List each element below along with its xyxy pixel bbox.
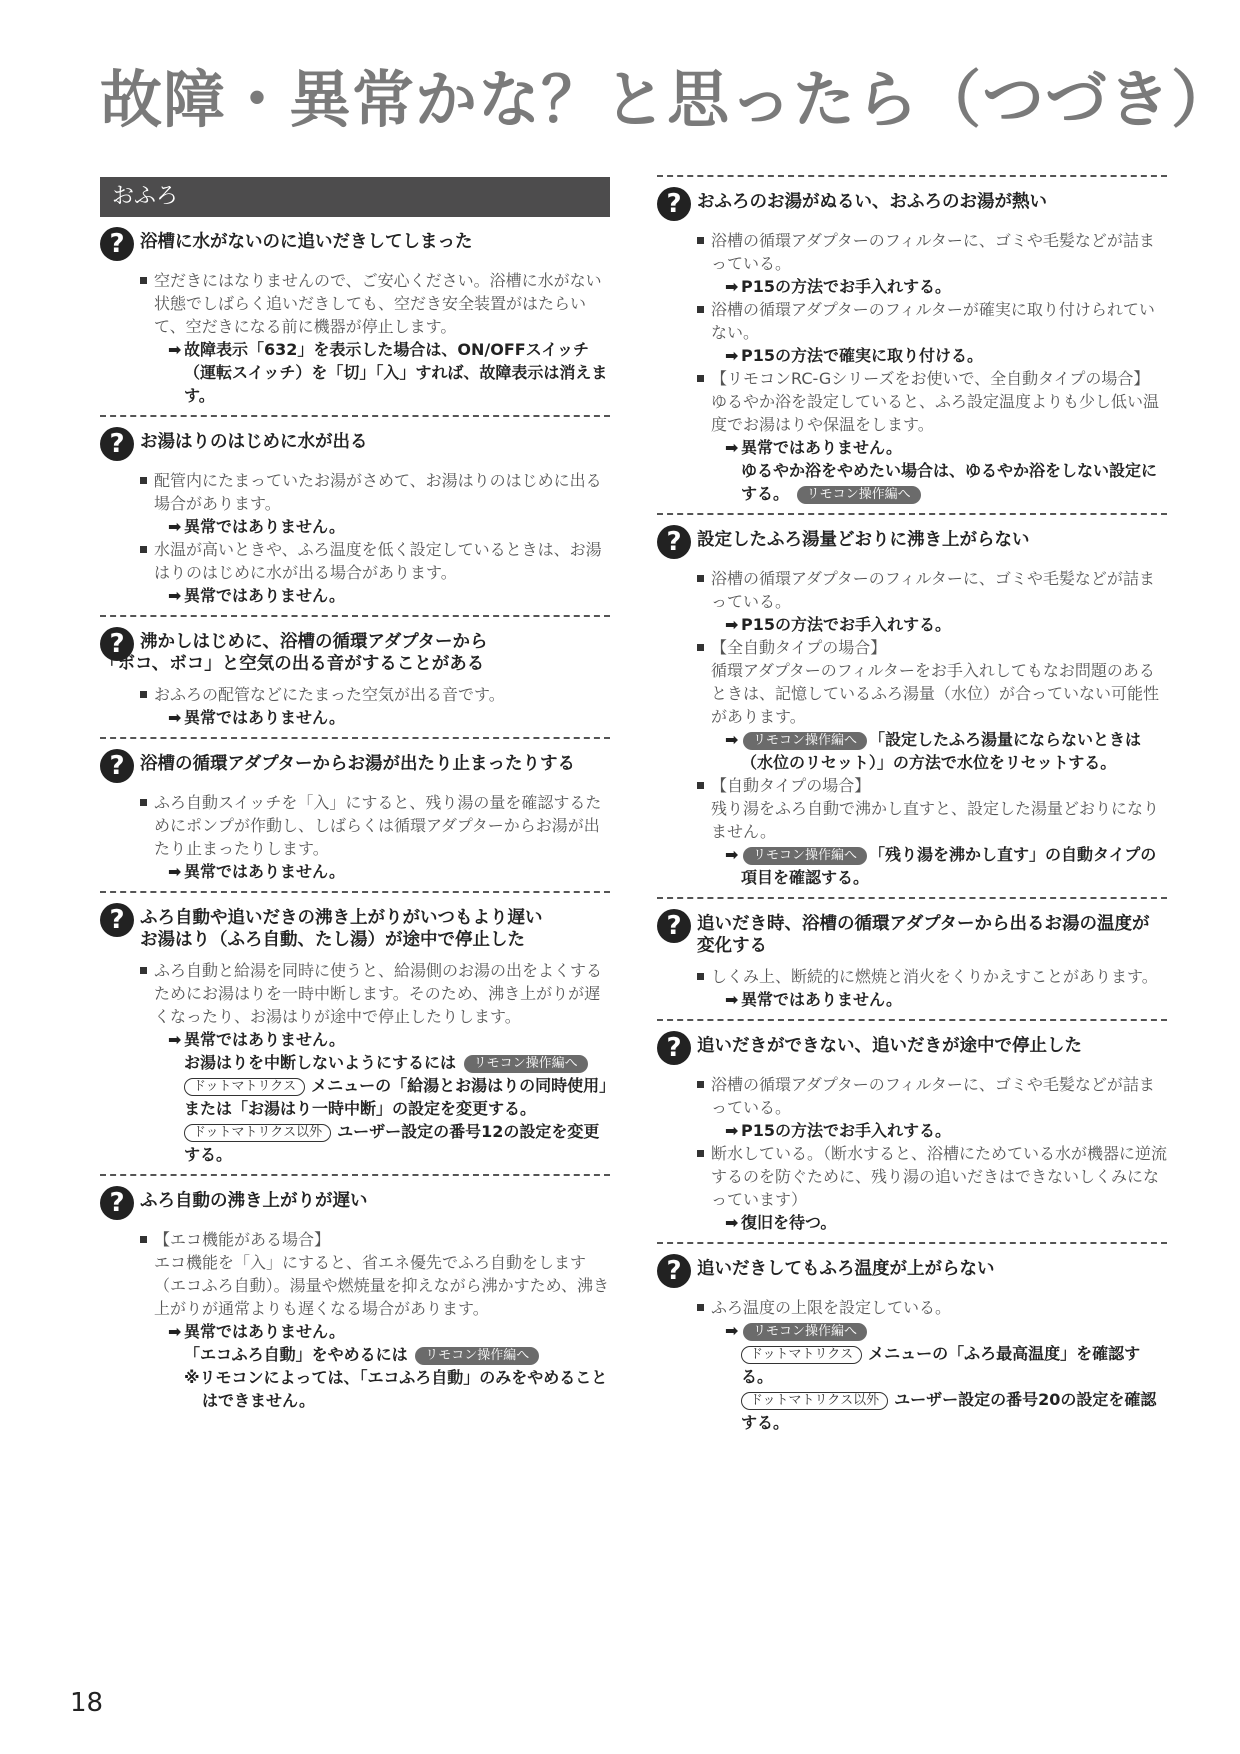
faq-item: ? ふろ自動や追いだきの沸き上がりがいつもより遅いお湯はり（ふろ自動、たし湯）が… [100,893,610,1174]
faq-solution: ➡復旧を待つ。 [711,1211,1167,1234]
remocon-link-badge[interactable]: リモコン操作編へ [415,1347,539,1365]
arrow-icon: ➡ [725,988,741,1011]
solution-text: 異常ではありません。 [741,438,902,457]
faq-cause: 浴槽の循環アダプターのフィルターに、ゴミや毛髪などが詰まっている。 [697,567,1167,613]
question-icon: ? [657,909,691,943]
question-icon: ? [657,187,691,221]
faq-question: 追いだきができない、追いだきが途中で停止した [697,1031,1082,1057]
dot-matrix-badge: ドットマトリクス [184,1078,305,1096]
faq-cause: おふろの配管などにたまった空気が出る音です。 [140,683,610,706]
arrow-icon: ➡ [168,338,184,361]
faq-item: ? 設定したふろ湯量どおりに沸き上がらない 浴槽の循環アダプターのフィルターに、… [657,515,1167,897]
arrow-icon: ➡ [725,843,741,866]
question-icon: ? [100,427,134,461]
faq-item: ? 浴槽の循環アダプターからお湯が出たり止まったりする ふろ自動スイッチを「入」… [100,739,610,891]
faq-solution: ➡異常ではありません。 [154,860,610,883]
solution-text: P15の方法で確実に取り付ける。 [741,346,983,365]
faq-instruction: ドットマトリクスメニューの「給湯とお湯はりの同時使用」または「お湯はり一時中断」… [154,1074,610,1120]
question-line: 「ボコ、ボコ」と空気の出る音がすることがある [100,654,484,674]
dot-matrix-badge: ドットマトリクス [741,1346,862,1364]
solution-text: 故障表示「632」を表示した場合は、ON/OFFスイッチ（運転スイッチ）を「切」… [184,340,607,405]
cause-text: 循環アダプターのフィルターをお手入れしてもなお問題のあるときは、記憶しているふろ… [711,661,1159,726]
arrow-icon: ➡ [168,515,184,538]
cause-text: 残り湯をふろ自動で沸かし直すと、設定した湯量どおりになりません。 [711,799,1159,841]
question-line: お湯はり（ふろ自動、たし湯）が途中で停止した [140,930,525,950]
faq-solution: ➡P15の方法でお手入れする。 [711,1119,1167,1142]
faq-note: ※リモコンによっては、「エコふろ自動」のみをやめることはできません。 [154,1366,610,1412]
faq-solution: ➡異常ではありません。 [154,584,610,607]
non-dot-matrix-badge: ドットマトリクス以外 [741,1392,888,1410]
faq-solution: ➡異常ではありません。 [154,1028,610,1051]
solution-text: 異常ではありません。 [184,862,345,881]
solution-text: P15の方法でお手入れする。 [741,1121,951,1140]
faq-solution: ➡異常ではありません。 [711,988,1167,1011]
faq-cause: ふろ温度の上限を設定している。 [697,1296,1167,1319]
faq-item: ? 追いだきができない、追いだきが途中で停止した 浴槽の循環アダプターのフィルタ… [657,1021,1167,1242]
faq-cause: ゆるやか浴を設定していると、ふろ設定温度よりも少し低い温度でお湯はりや保温をしま… [697,390,1167,436]
solution-text: 復旧を待つ。 [741,1213,836,1232]
arrow-icon: ➡ [725,1119,741,1142]
faq-cause: しくみ上、断続的に燃焼と消火をくりかえすことがあります。 [697,965,1167,988]
question-icon: ? [100,903,134,937]
faq-cause: 浴槽の循環アダプターのフィルターが確実に取り付けられていない。 [697,298,1167,344]
faq-solution: ➡P15の方法で確実に取り付ける。 [711,344,1167,367]
arrow-icon: ➡ [725,1319,741,1342]
faq-item: ? 浴槽に水がないのに追いだきしてしまった 空だきにはなりませんので、ご安心くだ… [100,217,610,415]
remocon-link-badge[interactable]: リモコン操作編へ [743,847,867,865]
faq-cause: 水温が高いときや、ふろ温度を低く設定しているときは、お湯はりのはじめに水が出る場… [140,538,610,584]
solution-text: P15の方法でお手入れする。 [741,277,951,296]
faq-cause: 空だきにはなりませんので、ご安心ください。浴槽に水がない状態でしばらく追いだきし… [140,269,610,338]
faq-solution: ➡リモコン操作編へ「設定したふろ湯量にならないときは（水位のリセット）」の方法で… [711,728,1167,774]
faq-instruction: ドットマトリクス以外ユーザー設定の番号12の設定を変更する。 [154,1120,610,1166]
arrow-icon: ➡ [168,860,184,883]
question-icon: ? [657,525,691,559]
faq-question: 追いだき時、浴槽の循環アダプターから出るお湯の温度が変化する [697,909,1167,957]
remocon-link-badge[interactable]: リモコン操作編へ [743,732,867,750]
faq-question: 追いだきしてもふろ温度が上がらない [697,1254,995,1280]
arrow-icon: ➡ [725,344,741,367]
right-column: ? おふろのお湯がぬるい、おふろのお湯が熱い 浴槽の循環アダプターのフィルターに… [657,175,1167,1442]
faq-instruction: ドットマトリクス以外ユーザー設定の番号20の設定を確認する。 [711,1388,1167,1434]
faq-cause: 浴槽の循環アダプターのフィルターに、ゴミや毛髪などが詰まっている。 [697,1073,1167,1119]
faq-question: 沸かしはじめに、浴槽の循環アダプターから「ボコ、ボコ」と空気の出る音がすることが… [140,627,488,675]
question-icon: ? [100,1186,134,1220]
solution-text: 異常ではありません。 [184,586,345,605]
arrow-icon: ➡ [168,1028,184,1051]
faq-instruction: ドットマトリクスメニューの「ふろ最高温度」を確認する。 [711,1342,1167,1388]
question-icon: ? [100,749,134,783]
faq-instruction: お湯はりを中断しないようにするには リモコン操作編へ [154,1051,610,1074]
faq-question: お湯はりのはじめに水が出る [140,427,368,453]
solution-text: 異常ではありません。 [184,1322,345,1341]
solution-text: 異常ではありません。 [184,1030,345,1049]
page-title: 故障・異常かな？と思ったら（つづき） [100,50,1234,139]
faq-solution: ➡異常ではありません。 [154,1320,610,1343]
question-icon: ? [657,1254,691,1288]
arrow-icon: ➡ [725,613,741,636]
remocon-link-badge[interactable]: リモコン操作編へ [464,1055,588,1073]
arrow-icon: ➡ [725,275,741,298]
question-icon: ? [657,1031,691,1065]
faq-question: 設定したふろ湯量どおりに沸き上がらない [697,525,1030,551]
non-dot-matrix-badge: ドットマトリクス以外 [184,1124,331,1142]
solution-text: 異常ではありません。 [184,708,345,727]
remocon-link-badge[interactable]: リモコン操作編へ [797,486,921,504]
faq-cause: エコ機能を「入」にすると、省エネ優先でふろ自動をします（エコふろ自動）。湯量や燃… [140,1251,610,1320]
instruction-text: お湯はりを中断しないようにするには [184,1053,456,1072]
question-icon: ? [100,227,134,261]
solution-text: 異常ではありません。 [184,517,345,536]
faq-question: おふろのお湯がぬるい、おふろのお湯が熱い [697,187,1047,213]
faq-cause: 断水している。（断水すると、浴槽にためている水が機器に逆流するのを防ぐために、残… [697,1142,1167,1211]
faq-cause-heading: 【リモコンRC-Gシリーズをお使いで、全自動タイプの場合】 [697,367,1167,390]
section-header: おふろ [100,177,610,217]
cause-text: ゆるやか浴を設定していると、ふろ設定温度よりも少し低い温度でお湯はりや保温をしま… [711,392,1159,434]
arrow-icon: ➡ [168,584,184,607]
faq-solution: ➡リモコン操作編へ「残り湯を沸かし直す」の自動タイプの項目を確認する。 [711,843,1167,889]
faq-cause: ふろ自動スイッチを「入」にすると、残り湯の量を確認するためにポンプが作動し、しば… [140,791,610,860]
faq-item: ? 追いだきしてもふろ温度が上がらない ふろ温度の上限を設定している。 ➡リモコ… [657,1244,1167,1442]
page-number: 18 [70,1688,103,1718]
faq-cause-heading: 【自動タイプの場合】 [697,774,1167,797]
instruction-text: 「エコふろ自動」をやめるには [184,1345,408,1364]
solution-text: P15の方法でお手入れする。 [741,615,951,634]
faq-question: ふろ自動の沸き上がりが遅い [140,1186,368,1212]
faq-solution: ➡故障表示「632」を表示した場合は、ON/OFFスイッチ（運転スイッチ）を「切… [154,338,610,407]
faq-cause: 配管内にたまっていたお湯がさめて、お湯はりのはじめに出る場合があります。 [140,469,610,515]
faq-solution: ➡異常ではありません。 [154,515,610,538]
arrow-icon: ➡ [725,436,741,459]
faq-question: 浴槽の循環アダプターからお湯が出たり止まったりする [140,749,575,775]
faq-solution: ➡異常ではありません。 [711,436,1167,459]
faq-solution: ➡P15の方法でお手入れする。 [711,275,1167,298]
faq-cause: 循環アダプターのフィルターをお手入れしてもなお問題のあるときは、記憶しているふろ… [697,659,1167,728]
arrow-icon: ➡ [168,1320,184,1343]
faq-instruction: 「エコふろ自動」をやめるには リモコン操作編へ [154,1343,610,1366]
faq-solution: ➡リモコン操作編へ [711,1319,1167,1342]
arrow-icon: ➡ [168,706,184,729]
faq-question: ふろ自動や追いだきの沸き上がりがいつもより遅いお湯はり（ふろ自動、たし湯）が途中… [140,903,543,951]
faq-cause-heading: 【エコ機能がある場合】 [140,1228,610,1251]
faq-item: ? 沸かしはじめに、浴槽の循環アダプターから「ボコ、ボコ」と空気の出る音がするこ… [100,617,610,737]
cause-text: エコ機能を「入」にすると、省エネ優先でふろ自動をします（エコふろ自動）。湯量や燃… [154,1253,609,1318]
faq-instruction: ゆるやか浴をやめたい場合は、ゆるやか浴をしない設定にする。 リモコン操作編へ [711,459,1167,505]
question-line: ふろ自動や追いだきの沸き上がりがいつもより遅い [140,908,543,928]
faq-cause: 浴槽の循環アダプターのフィルターに、ゴミや毛髪などが詰まっている。 [697,229,1167,275]
faq-item: ? おふろのお湯がぬるい、おふろのお湯が熱い 浴槽の循環アダプターのフィルターに… [657,177,1167,513]
faq-item: ? お湯はりのはじめに水が出る 配管内にたまっていたお湯がさめて、お湯はりのはじ… [100,417,610,615]
remocon-link-badge[interactable]: リモコン操作編へ [743,1323,867,1341]
faq-cause-heading: 【全自動タイプの場合】 [697,636,1167,659]
faq-cause: ふろ自動と給湯を同時に使うと、給湯側のお湯の出をよくするためにお湯はりを一時中断… [140,959,610,1028]
arrow-icon: ➡ [725,1211,741,1234]
faq-item: ? ふろ自動の沸き上がりが遅い 【エコ機能がある場合】 エコ機能を「入」にすると… [100,1176,610,1420]
faq-item: ? 追いだき時、浴槽の循環アダプターから出るお湯の温度が変化する しくみ上、断続… [657,899,1167,1019]
solution-text: 異常ではありません。 [741,990,902,1009]
question-line: 沸かしはじめに、浴槽の循環アダプターから [140,632,488,652]
faq-solution: ➡P15の方法でお手入れする。 [711,613,1167,636]
faq-question: 浴槽に水がないのに追いだきしてしまった [140,227,473,253]
arrow-icon: ➡ [725,728,741,751]
faq-cause: 残り湯をふろ自動で沸かし直すと、設定した湯量どおりになりません。 [697,797,1167,843]
left-column: おふろ ? 浴槽に水がないのに追いだきしてしまった 空だきにはなりませんので、ご… [100,177,610,1420]
faq-solution: ➡異常ではありません。 [154,706,610,729]
